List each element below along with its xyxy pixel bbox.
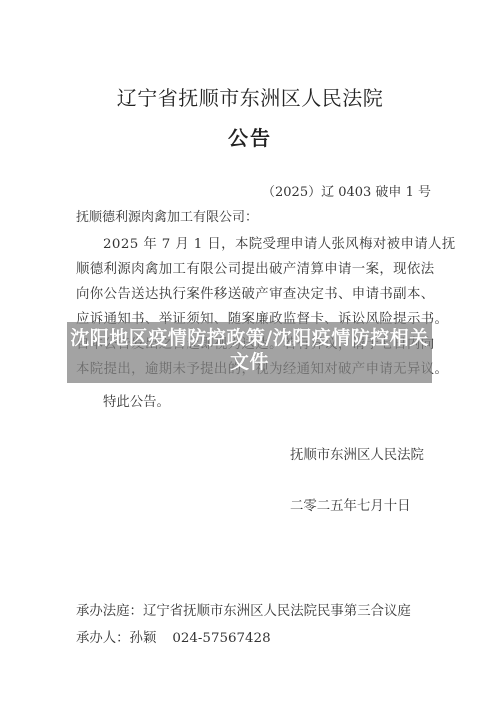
handler-info: 承办人：孙颖024-57567428 — [76, 627, 271, 646]
caption-overlay-text: 沈阳地区疫情防控政策/沈阳疫情防控相关文件 — [67, 326, 432, 374]
body-line: 向你公告送达执行案件移送破产审查决定书、申请书副本、 — [76, 283, 435, 302]
body-line: 2025 年 7 月 1 日，本院受理申请人张风梅对被申请人抚 — [103, 233, 456, 252]
handler-name: 承办人：孙颖 — [76, 631, 156, 646]
closing-statement: 特此公告。 — [103, 391, 170, 410]
court-name-heading: 辽宁省抚顺市东洲区人民法院 — [0, 82, 500, 111]
addressee: 抚顺德利源肉禽加工有限公司： — [76, 206, 258, 225]
body-line: 顺德利源肉禽加工有限公司提出破产清算申请一案，现依法 — [76, 258, 435, 277]
handler-phone: 024-57567428 — [172, 631, 270, 646]
case-number: （2025）辽 0403 破申 1 号 — [262, 181, 431, 200]
document-title: 公告 — [0, 122, 500, 151]
signature-date: 二零二五年七月十日 — [290, 495, 411, 514]
tribunal-info: 承办法庭：辽宁省抚顺市东洲区人民法院民事第三合议庭 — [76, 600, 411, 619]
signature-court: 抚顺市东洲区人民法院 — [290, 444, 424, 463]
